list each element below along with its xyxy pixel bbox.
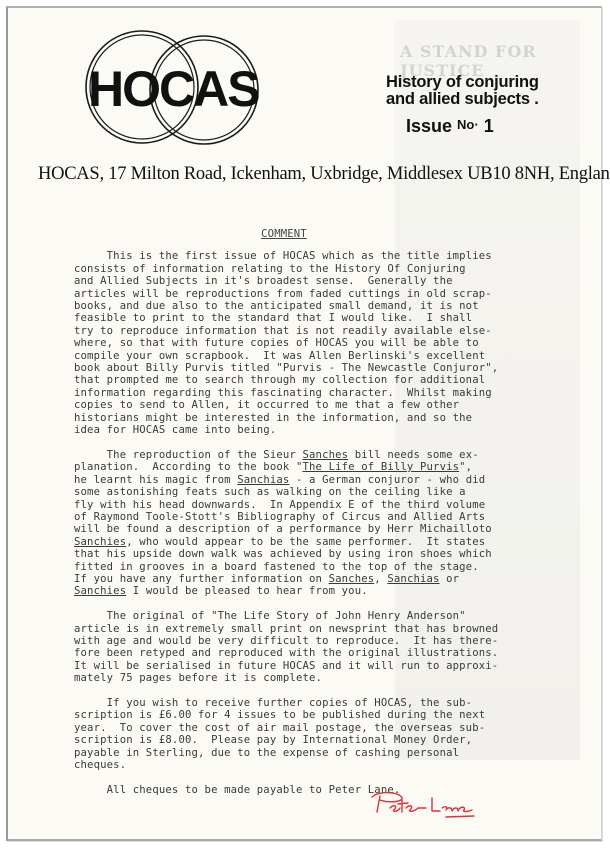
text-line: compile your own scrapbook. It was Allen… xyxy=(74,350,574,362)
text-line: feasible to print to the standard that I… xyxy=(74,312,574,324)
tagline: History of conjuring and allied subjects… xyxy=(386,74,539,108)
text-line: information regarding this fascinating c… xyxy=(74,387,574,399)
text-line: will be found a description of a perform… xyxy=(74,523,574,535)
text-line: and Allied Subjects in it's broadest sen… xyxy=(74,275,574,287)
article-paragraph: The reproduction of the Sieur Sanches bi… xyxy=(74,449,574,598)
text-line: year. To cover the cost of air mail post… xyxy=(74,722,574,734)
text-line: fitted in grooves in a board fastened to… xyxy=(74,561,574,573)
text-line: copies to send to Allen, it occurred to … xyxy=(74,399,574,411)
text-line: The reproduction of the Sieur Sanches bi… xyxy=(74,449,574,461)
tagline-line-2: and allied subjects . xyxy=(386,91,539,108)
text-line: articles will be reproductions from fade… xyxy=(74,288,574,300)
article-body: COMMENT This is the first issue of HOCAS… xyxy=(74,228,574,796)
text-line: fore been retyped and reproduced with th… xyxy=(74,647,574,659)
text-line: of Raymond Toole-Stott's Bibliography of… xyxy=(74,511,574,523)
text-line: he learnt his magic from Sanchias - a Ge… xyxy=(74,474,574,486)
article-heading: COMMENT xyxy=(74,228,494,240)
text-line: idea for HOCAS came into being. xyxy=(74,424,574,436)
text-line: It will be serialised in future HOCAS an… xyxy=(74,660,574,672)
interlocking-rings-logo-icon: HOCAS xyxy=(76,28,286,146)
text-line: mately 75 pages before it is complete. xyxy=(74,672,574,684)
text-line: fly with his head downwards. In Appendix… xyxy=(74,499,574,511)
article-paragraphs: This is the first issue of HOCAS which a… xyxy=(74,250,574,771)
handwritten-signature-icon xyxy=(366,788,486,822)
text-line: consists of information relating to the … xyxy=(74,263,574,275)
text-line: that prompted me to search through my co… xyxy=(74,374,574,386)
text-line: try to reproduce information that is not… xyxy=(74,325,574,337)
text-line: with age and would be very difficult to … xyxy=(74,635,574,647)
issue-label: Issue xyxy=(406,116,452,136)
text-line: payable in Sterling, due to the expense … xyxy=(74,747,574,759)
text-line: planation. According to the book "The Li… xyxy=(74,461,574,473)
issue-value: 1 xyxy=(484,116,494,136)
closing-line: All cheques to be made payable to Peter … xyxy=(74,784,574,796)
postal-address: HOCAS, 17 Milton Road, Ickenham, Uxbridg… xyxy=(38,164,610,185)
text-line: books, and due also to the anticipated s… xyxy=(74,300,574,312)
hocas-logo: HOCAS xyxy=(76,28,286,146)
text-line: scription is £6.00 for 4 issues to be pu… xyxy=(74,709,574,721)
issue-number: Issue No· 1 xyxy=(406,116,494,137)
text-line: If you have any further information on S… xyxy=(74,573,574,585)
text-line: The original of "The Life Story of John … xyxy=(74,610,574,622)
signature xyxy=(366,788,486,822)
article-paragraph: If you wish to receive further copies of… xyxy=(74,697,574,771)
text-line: article is in extremely small print on n… xyxy=(74,623,574,635)
text-line: scription is £8.00. Please pay by Intern… xyxy=(74,734,574,746)
text-line: This is the first issue of HOCAS which a… xyxy=(74,250,574,262)
tagline-line-1: History of conjuring xyxy=(386,74,539,91)
text-line: Sanchies, who would appear to be the sam… xyxy=(74,536,574,548)
logo-wordmark: HOCAS xyxy=(88,61,259,117)
text-line: book about Billy Purvis titled "Purvis -… xyxy=(74,362,574,374)
text-line: cheques. xyxy=(74,759,574,771)
article-paragraph: The original of "The Life Story of John … xyxy=(74,610,574,684)
text-line: historians might be interested in the in… xyxy=(74,412,574,424)
issue-no-abbrev: No· xyxy=(457,117,479,132)
text-line: that his upside down walk was achieved b… xyxy=(74,548,574,560)
text-line: some astonishing feats such as walking o… xyxy=(74,486,574,498)
text-line: Sanchies I would be pleased to hear from… xyxy=(74,585,574,597)
text-line: If you wish to receive further copies of… xyxy=(74,697,574,709)
text-line: where, so that with future copies of HOC… xyxy=(74,337,574,349)
article-paragraph: This is the first issue of HOCAS which a… xyxy=(74,250,574,436)
